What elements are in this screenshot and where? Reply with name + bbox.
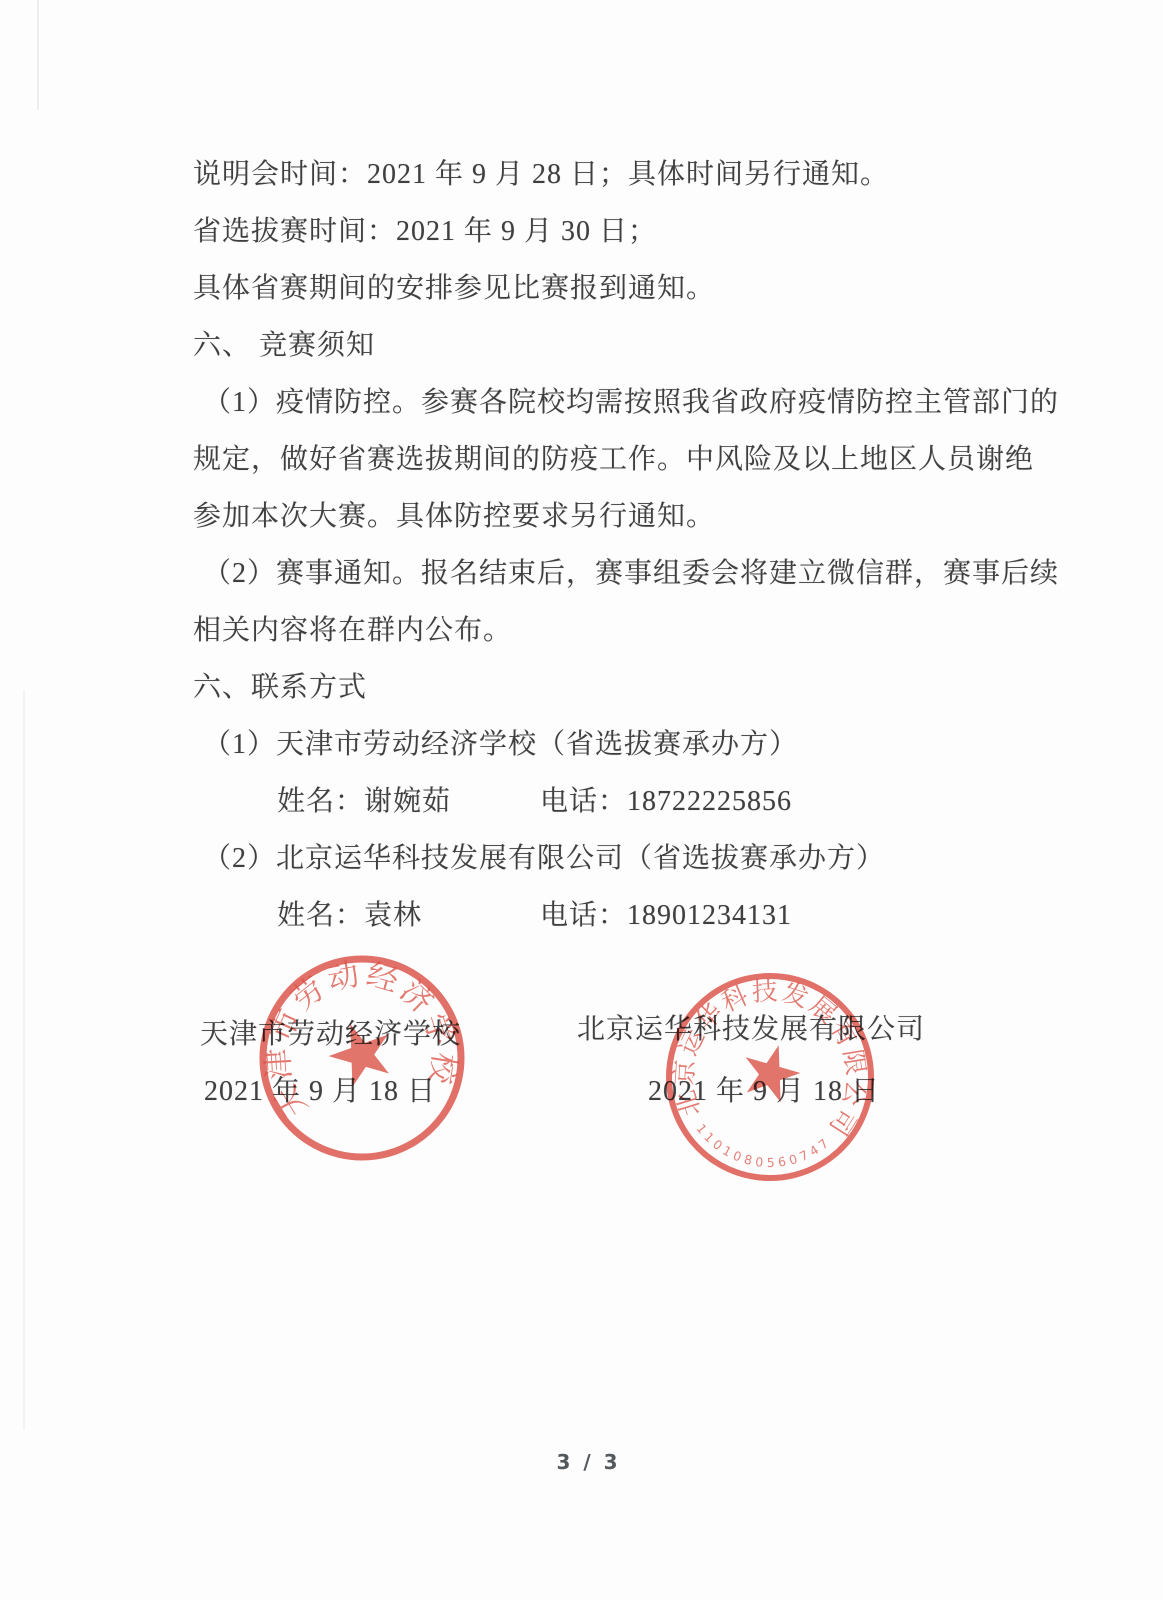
scan-edge-artifact — [23, 690, 25, 1430]
page-number: 3 / 3 — [7, 1450, 1163, 1474]
svg-text:1101080560747: 1101080560747 — [689, 1115, 835, 1180]
contact-row: 姓名：谢婉茹 电话：18722225856 — [193, 773, 1003, 830]
section-heading: 六、 竞赛须知 — [193, 317, 1003, 374]
signature-date-right: 2021 年 9 月 18 日 — [648, 1069, 880, 1115]
text-line: 说明会时间：2021 年 9 月 28 日；具体时间另行通知。 — [193, 146, 1003, 203]
text-line: 参加本次大赛。具体防控要求另行通知。 — [193, 488, 1003, 545]
contact-phone: 电话：18901234131 — [540, 887, 792, 944]
text-line: 规定，做好省赛选拔期间的防疫工作。中风险及以上地区人员谢绝 — [193, 431, 1003, 488]
section-heading: 六、联系方式 — [193, 659, 1003, 716]
body-text: 说明会时间：2021 年 9 月 28 日；具体时间另行通知。 省选拔赛时间：2… — [193, 146, 1003, 944]
contact-row: 姓名：袁林 电话：18901234131 — [193, 887, 1003, 944]
text-line: 具体省赛期间的安排参见比赛报到通知。 — [193, 260, 1003, 317]
contact-name: 姓名：谢婉茹 — [277, 773, 451, 830]
contact-org-line: （2）北京运华科技发展有限公司（省选拔赛承办方） — [193, 830, 1003, 887]
scanned-document-page: 说明会时间：2021 年 9 月 28 日；具体时间另行通知。 省选拔赛时间：2… — [0, 0, 1163, 1600]
svg-text:北京运华科技发展有限公司: 北京运华科技发展有限公司 — [663, 964, 883, 1146]
signature-org-right: 北京运华科技发展有限公司 — [577, 1007, 925, 1053]
official-seal-left-icon: 天津市劳动经济学校 — [252, 948, 472, 1168]
seal-serial-number: 1101080560747 — [689, 1115, 835, 1180]
seal-arc-text-right: 北京运华科技发展有限公司 — [663, 964, 883, 1146]
contact-org-line: （1）天津市劳动经济学校（省选拔赛承办方） — [193, 716, 1003, 773]
signature-org-left: 天津市劳动经济学校 — [200, 1012, 461, 1058]
text-line: 相关内容将在群内公布。 — [193, 602, 1003, 659]
scan-edge-artifact — [37, 0, 39, 110]
text-line: （2）赛事通知。报名结束后，赛事组委会将建立微信群，赛事后续 — [193, 545, 1003, 602]
text-line: （1）疫情防控。参赛各院校均需按照我省政府疫情防控主管部门的 — [193, 374, 1003, 431]
contact-name: 姓名：袁林 — [277, 887, 422, 944]
signature-date-left: 2021 年 9 月 18 日 — [204, 1069, 436, 1115]
contact-phone: 电话：18722225856 — [540, 773, 792, 830]
text-line: 省选拔赛时间：2021 年 9 月 30 日； — [193, 203, 1003, 260]
